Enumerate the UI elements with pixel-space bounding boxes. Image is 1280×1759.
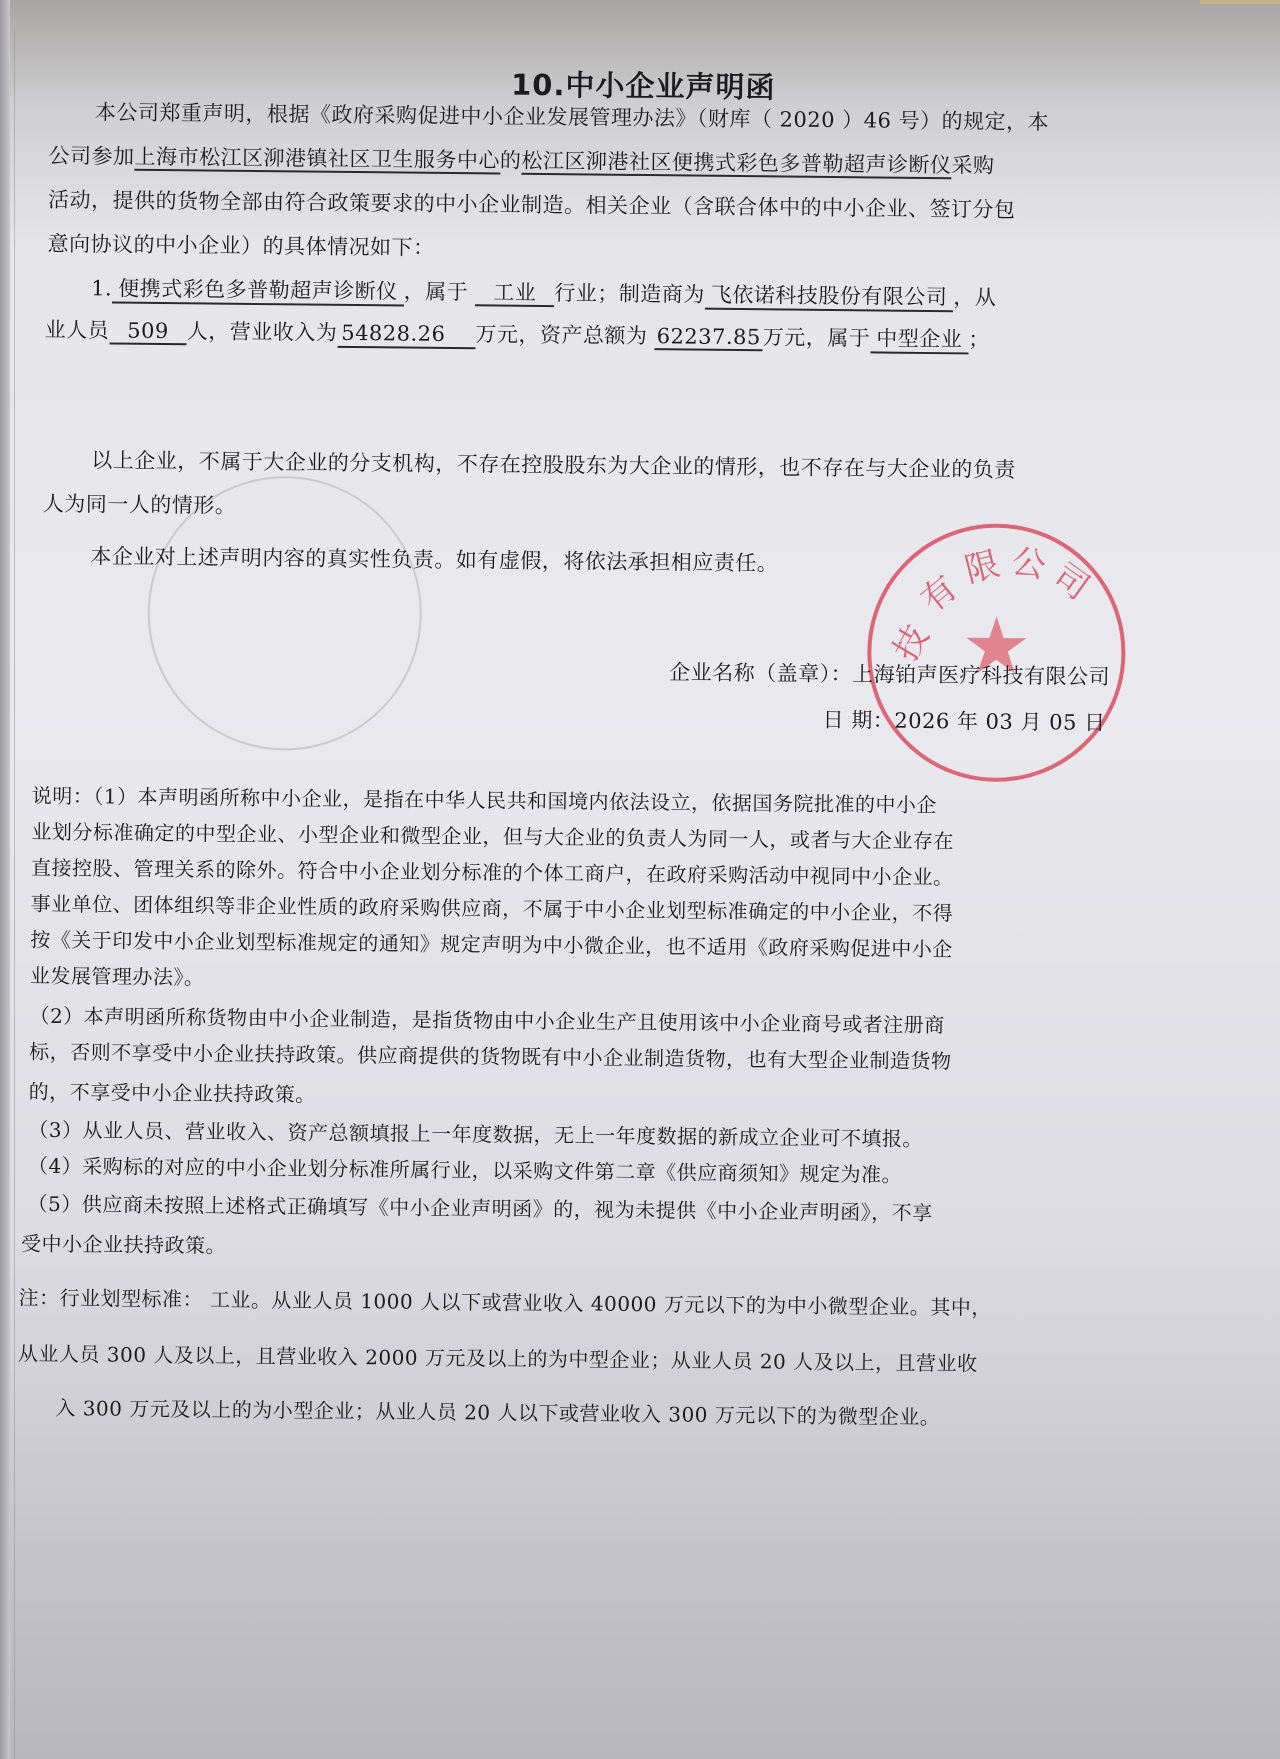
- intro-line-4: 意向协议的中小企业）的具体情况如下：: [47, 230, 434, 262]
- item1-line-1: 1.便携式彩色多普勒超声诊断仪，属于 工业行业；制造商为飞依诺科技股份有限公司，…: [91, 274, 996, 311]
- industry-standard-section: 注：行业划型标准： 工业。从业人员 1000 人以下或营业收入 40000 万元…: [4, 0, 1280, 7]
- notes-section: 说明：（1）本声明函所称中小企业，是指在中华人民共和国境内依法设立，依据国务院批…: [4, 0, 1280, 7]
- signature-company-line: 企业名称（盖章）：上海铂声医疗科技有限公司: [669, 656, 1110, 691]
- revenue-value: 54828.26: [337, 321, 475, 349]
- assets-value: 62237.85: [655, 324, 763, 351]
- goods-name: 便携式彩色多普勒超声诊断仪: [112, 276, 404, 306]
- paragraph-2-line-2: 人为同一人的情形。: [43, 490, 237, 520]
- staff-count: 509: [109, 318, 187, 345]
- corner-tab: [1200, 0, 1280, 4]
- manufacturer-name: 飞依诺科技股份有限公司: [705, 283, 954, 313]
- industry-value: 工业: [475, 280, 554, 307]
- company-name: 上海铂声医疗科技有限公司: [852, 662, 1110, 689]
- enterprise-size: 中型企业: [870, 326, 968, 354]
- signature-date: 2026 年 03 月 05 日: [894, 709, 1106, 735]
- document-page: 10.中小企业声明函 本公司郑重声明，根据《政府采购促进中小企业发展管理办法》（…: [0, 0, 1280, 1759]
- purchaser-name: 上海市松江区泖港镇社区卫生服务中心: [134, 145, 500, 175]
- company-seal: ★ 技 有 限 公 司: [866, 522, 1127, 783]
- project-name: 松江区泖港社区便携式彩色多普勒超声诊断仪: [521, 149, 951, 180]
- intro-line-3: 活动，提供的货物全部由符合政策要求的中小企业制造。相关企业（含联合体中的中小企业…: [48, 186, 1016, 224]
- item1-line-2: 业人员509人，营业收入为54828.26万元，资产总额为 62237.85万元…: [45, 316, 990, 354]
- paragraph-2-line-1: 以上企业，不属于大企业的分支机构，不存在控股股东为大企业的情形，也不存在与大企业…: [91, 446, 1016, 484]
- signature-date-line: 日 期：2026 年 03 月 05 日: [823, 704, 1106, 737]
- intro-line-2: 公司参加上海市松江区泖港镇社区卫生服务中心的松江区泖港社区便携式彩色多普勒超声诊…: [48, 142, 994, 180]
